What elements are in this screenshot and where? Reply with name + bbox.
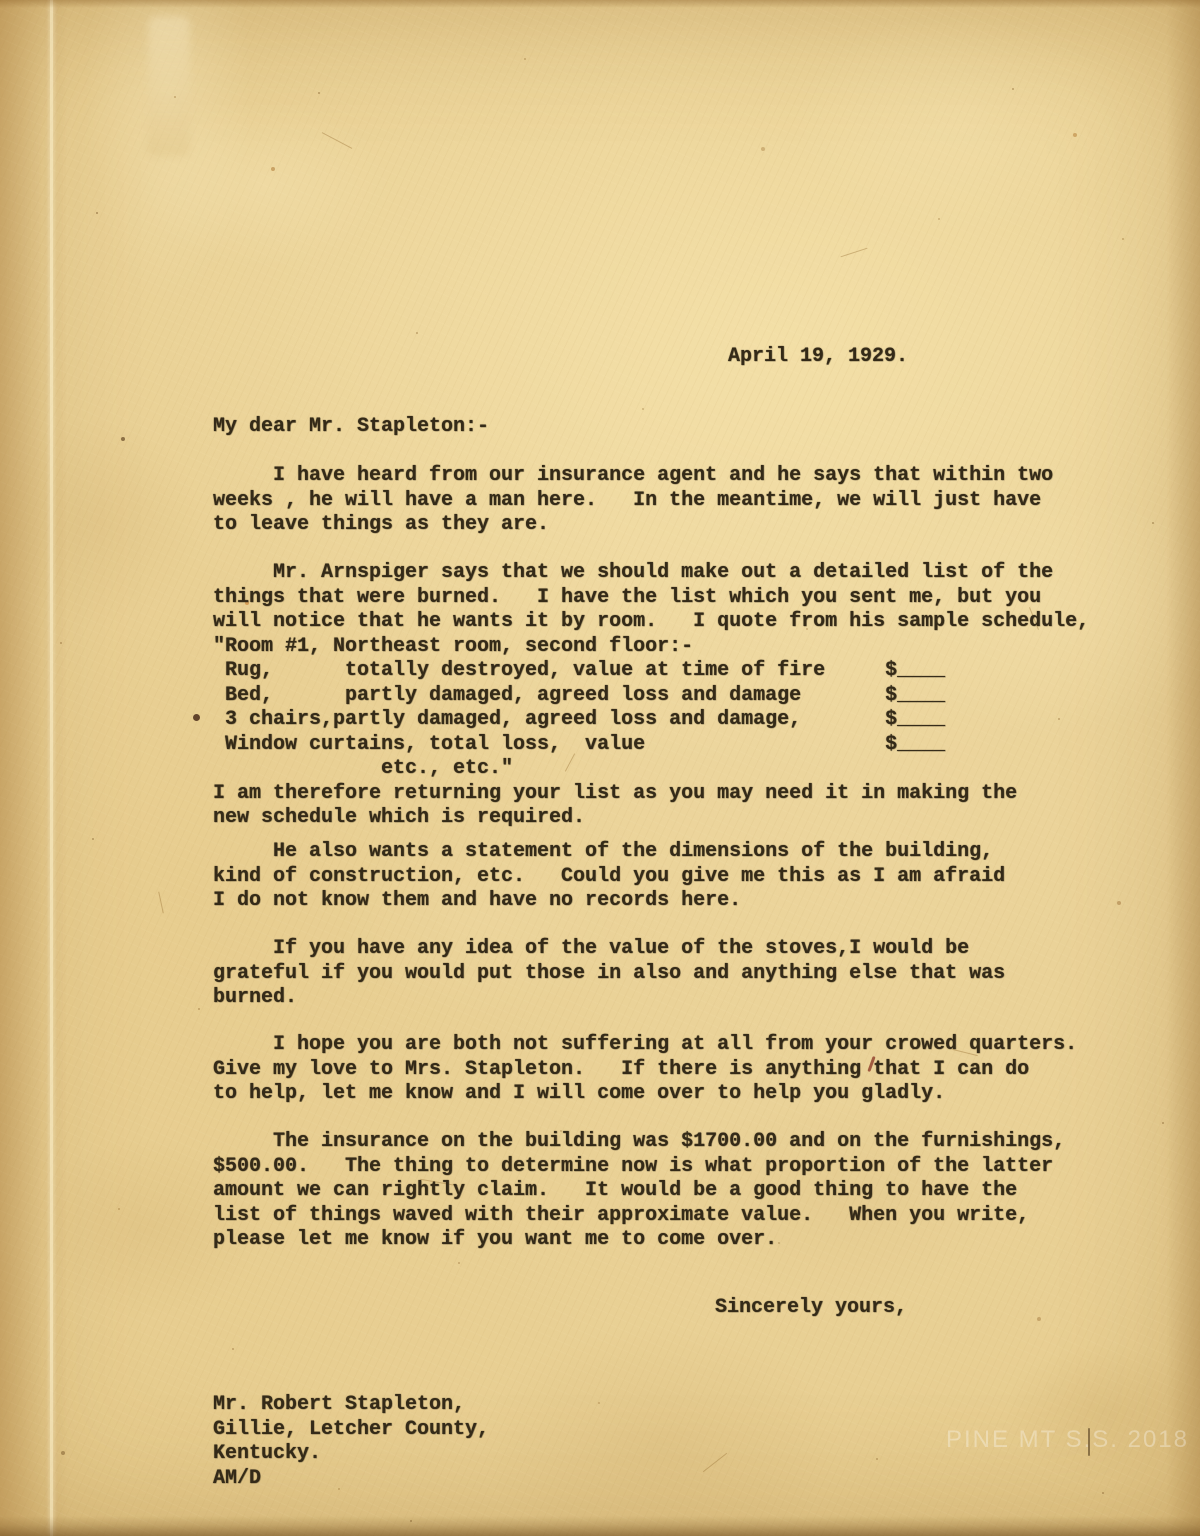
paper-top-edge-shading [0, 0, 1200, 8]
paper-right-edge-shading [1166, 0, 1200, 1536]
paragraph-stoves-value: If you have any idea of the value of the… [213, 937, 1005, 1011]
letter-page: April 19, 1929. My dear Mr. Stapleton:- … [0, 0, 1200, 1536]
paper-left-edge-shading [0, 0, 48, 1536]
paper-fold-line [50, 0, 53, 1536]
paragraph-building-dimensions: He also wants a statement of the dimensi… [213, 840, 1005, 914]
closing-sincerely: Sincerely yours, [715, 1296, 907, 1321]
salutation: My dear Mr. Stapleton:- [213, 415, 489, 440]
ink-dot-artifact [193, 714, 200, 721]
letter-date: April 19, 1929. [728, 345, 908, 370]
paragraph-insurance-agent: I have heard from our insurance agent an… [213, 464, 1053, 538]
paper-speckles [0, 0, 2, 2]
paper-press-mark [148, 16, 190, 156]
archive-watermark: PINE MT S.S. 2018 [946, 1426, 1189, 1454]
paper-scratch-artifact [1088, 1428, 1090, 1456]
paragraph-crowded-quarters: I hope you are both not suffering at all… [213, 1033, 1077, 1107]
paragraph-detailed-list-and-schedule: Mr. Arnspiger says that we should make o… [213, 561, 1089, 831]
recipient-address-block: Mr. Robert Stapleton, Gillie, Letcher Co… [213, 1393, 489, 1491]
paragraph-insurance-amounts: The insurance on the building was $1700.… [213, 1130, 1065, 1253]
paper-bottom-edge-shadow [0, 1516, 1200, 1536]
